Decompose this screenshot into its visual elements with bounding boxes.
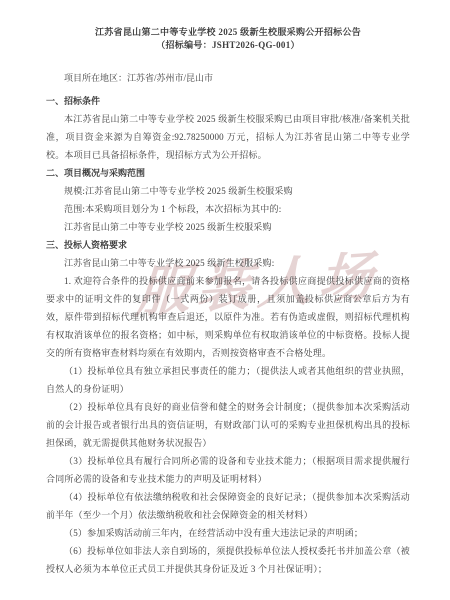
section-heading: 一、招标条件 [46,92,410,110]
paragraph: （6）投标单位如非法人亲自到场的，须提供投标单位法人授权委托书并加盖公章（被授权… [46,542,410,578]
section-heading: 三、投标人资格要求 [46,236,410,254]
section-heading: 二、项目概况与采购范围 [46,164,410,182]
paragraph: 江苏省昆山第二中等专业学校 2025 级新生校服采购 [46,218,410,236]
paragraph: 江苏省昆山第二中等专业学校 2025 级新生校服采购: [46,254,410,272]
project-location-line: 项目所在地区：江苏省/苏州市/昆山市 [46,69,410,87]
document-content: 江苏省昆山第二中等专业学校 2025 级新生校服采购公开招标公告 （招标编号：J… [46,26,410,578]
paragraph: （2）投标单位具有良好的商业信誉和健全的财务会计制度；（提供参加本次采购活动前的… [46,398,410,452]
document-body: 一、招标条件本江苏省昆山第二中等专业学校 2025 级新生校服采购已由项目审批/… [46,92,410,578]
paragraph: 范围:本采购项目划分为 1 个标段，本次招标为其中的: [46,200,410,218]
paragraph: （4）投标单位有依法缴纳税收和社会保障资金的良好记录；（提供参加本次采购活动前半… [46,488,410,524]
paragraph: （1）投标单位具有独立承担民事责任的能力；（提供法人或者其他组织的营业执照，自然… [46,362,410,398]
paragraph: 规模:江苏省昆山第二中等专业学校 2025 级新生校服采购 [46,182,410,200]
bid-number-line: （招标编号：JSHT2026-QG-001） [46,39,410,52]
paragraph: （5）参加采购活动前三年内，在经营活动中没有重大违法记录的声明函； [46,524,410,542]
paragraph: （3）投标单位具有履行合同所必需的设备和专业技术能力；（根据项目需求提供履行合同… [46,452,410,488]
paragraph: 本江苏省昆山第二中等专业学校 2025 级新生校服采购已由项目审批/核准/备案机… [46,110,410,164]
paragraph: 1. 欢迎符合条件的投标供应商前来参加报名，请各投标供应商提供投标供应商的资格要… [46,272,410,362]
document-page: 服装人场 江苏省昆山第二中等专业学校 2025 级新生校服采购公开招标公告 （招… [0,0,450,600]
document-title: 江苏省昆山第二中等专业学校 2025 级新生校服采购公开招标公告 [46,26,410,39]
